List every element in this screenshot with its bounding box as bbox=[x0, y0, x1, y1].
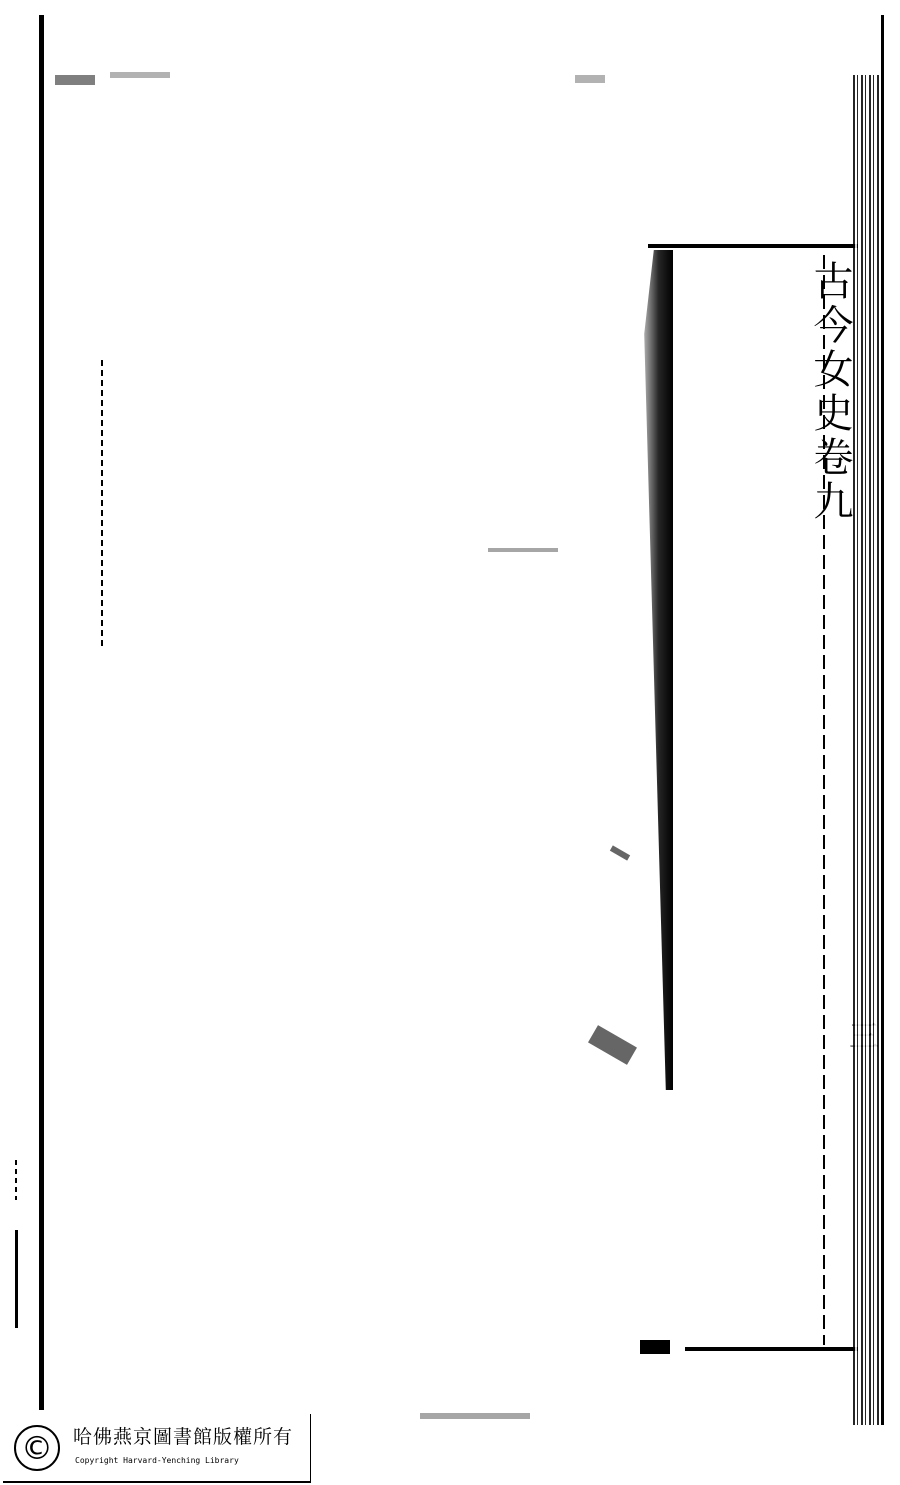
scanned-page: 古今女史卷九 三 © 哈佛燕京圖書館版權所有 Copyright Harvard… bbox=[0, 0, 900, 1485]
title-slip-bottom-border bbox=[685, 1347, 858, 1351]
scan-noise bbox=[488, 548, 558, 552]
title-slip-shadow bbox=[625, 250, 673, 1090]
copyright-text-english: Copyright Harvard-Yenching Library bbox=[75, 1456, 239, 1465]
binding-spine bbox=[853, 75, 881, 1425]
right-page-edge bbox=[881, 15, 884, 1425]
margin-mark bbox=[15, 1230, 18, 1328]
scan-noise bbox=[110, 72, 170, 78]
copyright-stamp: © 哈佛燕京圖書館版權所有 Copyright Harvard-Yenching… bbox=[3, 1414, 311, 1483]
title-slip-top-border bbox=[648, 244, 858, 248]
scan-noise bbox=[420, 1413, 530, 1419]
scan-noise bbox=[55, 75, 95, 85]
title-text: 古今女史 bbox=[807, 260, 853, 436]
copyright-text-chinese: 哈佛燕京圖書館版權所有 bbox=[73, 1422, 293, 1449]
scan-noise bbox=[610, 845, 630, 860]
volume-text: 卷九 bbox=[807, 436, 853, 524]
cover-crease-line bbox=[101, 360, 103, 650]
scan-noise bbox=[640, 1340, 670, 1354]
copyright-icon: © bbox=[14, 1425, 60, 1471]
scan-noise bbox=[588, 1025, 637, 1065]
scan-noise bbox=[575, 75, 605, 83]
left-cover-edge bbox=[39, 15, 44, 1410]
margin-mark bbox=[15, 1160, 17, 1200]
